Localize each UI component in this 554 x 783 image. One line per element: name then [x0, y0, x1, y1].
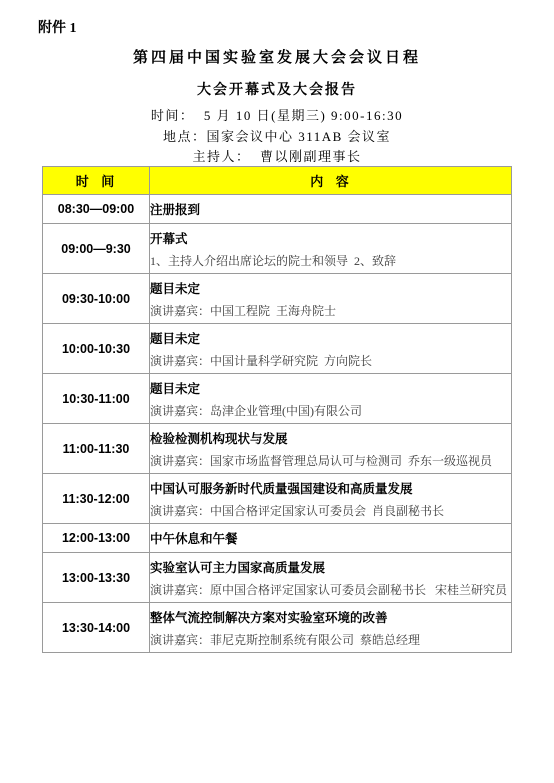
session-title: 题目未定: [150, 329, 511, 347]
content-cell: 题目未定 演讲嘉宾：中国计量科学研究院 方向院长: [150, 324, 512, 374]
table-row: 08:30—09:00 注册报到: [43, 195, 512, 224]
document-page: 附件 1 第四届中国实验室发展大会会议日程 大会开幕式及大会报告 时间： 5 月…: [0, 0, 554, 783]
content-cell: 实验室认可主力国家高质量发展 演讲嘉宾：原中国合格评定国家认可委员会副秘书长 宋…: [150, 553, 512, 603]
table-row: 10:00-10:30 题目未定 演讲嘉宾：中国计量科学研究院 方向院长: [43, 324, 512, 374]
table-row: 09:00—9:30 开幕式 1、主持人介绍出席论坛的院士和领导 2、致辞: [43, 224, 512, 274]
time-cell: 10:30-11:00: [43, 374, 150, 424]
content-cell: 中午休息和午餐: [150, 524, 512, 553]
session-speaker: 演讲嘉宾：国家市场监督管理总局认可与检测司 乔东一级巡视员: [150, 452, 511, 469]
table-row: 11:30-12:00 中国认可服务新时代质量强国建设和高质量发展 演讲嘉宾：中…: [43, 474, 512, 524]
time-cell: 13:30-14:00: [43, 603, 150, 653]
table-header-row: 时 间 内 容: [43, 167, 512, 195]
time-cell: 10:00-10:30: [43, 324, 150, 374]
time-cell: 08:30—09:00: [43, 195, 150, 224]
meta-location-line: 地点：国家会议中心 311AB 会议室: [0, 126, 554, 145]
page-title: 第四届中国实验室发展大会会议日程: [0, 46, 554, 67]
time-cell: 11:30-12:00: [43, 474, 150, 524]
session-speaker: 演讲嘉宾：中国工程院 王海舟院士: [150, 302, 511, 319]
time-column-header: 时 间: [43, 167, 150, 195]
table-row: 09:30-10:00 题目未定 演讲嘉宾：中国工程院 王海舟院士: [43, 274, 512, 324]
content-cell: 开幕式 1、主持人介绍出席论坛的院士和领导 2、致辞: [150, 224, 512, 274]
content-cell: 注册报到: [150, 195, 512, 224]
meta-time-line: 时间： 5 月 10 日(星期三) 9:00-16:30: [0, 105, 554, 124]
session-title: 中午休息和午餐: [150, 529, 511, 547]
content-cell: 题目未定 演讲嘉宾：岛津企业管理(中国)有限公司: [150, 374, 512, 424]
table-row: 10:30-11:00 题目未定 演讲嘉宾：岛津企业管理(中国)有限公司: [43, 374, 512, 424]
session-speaker: 演讲嘉宾：中国合格评定国家认可委员会 肖良副秘书长: [150, 502, 511, 519]
content-cell: 题目未定 演讲嘉宾：中国工程院 王海舟院士: [150, 274, 512, 324]
meta-host-line: 主持人： 曹以刚副理事长: [0, 146, 554, 165]
session-title: 注册报到: [150, 200, 511, 218]
session-speaker: 演讲嘉宾：原中国合格评定国家认可委员会副秘书长 宋桂兰研究员: [150, 581, 511, 598]
session-title: 整体气流控制解决方案对实验室环境的改善: [150, 608, 511, 626]
content-cell: 检验检测机构现状与发展 演讲嘉宾：国家市场监督管理总局认可与检测司 乔东一级巡视…: [150, 424, 512, 474]
content-cell: 中国认可服务新时代质量强国建设和高质量发展 演讲嘉宾：中国合格评定国家认可委员会…: [150, 474, 512, 524]
session-title: 检验检测机构现状与发展: [150, 429, 511, 447]
table-row: 11:00-11:30 检验检测机构现状与发展 演讲嘉宾：国家市场监督管理总局认…: [43, 424, 512, 474]
time-cell: 13:00-13:30: [43, 553, 150, 603]
page-subtitle: 大会开幕式及大会报告: [0, 79, 554, 99]
time-cell: 09:00—9:30: [43, 224, 150, 274]
session-title: 实验室认可主力国家高质量发展: [150, 558, 511, 576]
session-speaker: 演讲嘉宾：菲尼克斯控制系统有限公司 蔡皓总经理: [150, 631, 511, 648]
agenda-table: 时 间 内 容 08:30—09:00 注册报到 09:00—9:30 开幕式 …: [42, 166, 512, 653]
session-title: 题目未定: [150, 379, 511, 397]
session-title: 开幕式: [150, 229, 511, 247]
content-cell: 整体气流控制解决方案对实验室环境的改善 演讲嘉宾：菲尼克斯控制系统有限公司 蔡皓…: [150, 603, 512, 653]
session-speaker: 演讲嘉宾：岛津企业管理(中国)有限公司: [150, 402, 511, 419]
session-title: 题目未定: [150, 279, 511, 297]
table-row: 13:00-13:30 实验室认可主力国家高质量发展 演讲嘉宾：原中国合格评定国…: [43, 553, 512, 603]
session-speaker: 演讲嘉宾：中国计量科学研究院 方向院长: [150, 352, 511, 369]
table-row: 13:30-14:00 整体气流控制解决方案对实验室环境的改善 演讲嘉宾：菲尼克…: [43, 603, 512, 653]
time-cell: 11:00-11:30: [43, 424, 150, 474]
time-cell: 12:00-13:00: [43, 524, 150, 553]
time-cell: 09:30-10:00: [43, 274, 150, 324]
session-detail: 1、主持人介绍出席论坛的院士和领导 2、致辞: [150, 252, 511, 269]
session-title: 中国认可服务新时代质量强国建设和高质量发展: [150, 479, 511, 497]
table-row: 12:00-13:00 中午休息和午餐: [43, 524, 512, 553]
attachment-label: 附件 1: [38, 17, 77, 37]
content-column-header: 内 容: [150, 167, 512, 195]
